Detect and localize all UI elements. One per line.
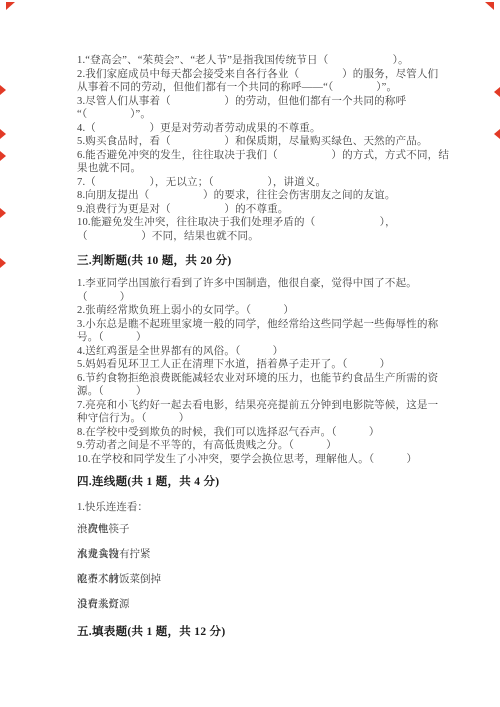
judge-line: 7.亮亮和小飞约好一起去看电影，结果亮亮提前五分钟到电影院等候，这是一 bbox=[77, 399, 445, 413]
judge-line: 6.节约食物拒绝浪费既能减轻农业对环境的压力，也能节约食品生产所需的资 bbox=[77, 372, 445, 386]
fill-line: 从事着不同的劳动，但他们都有一个共同的称呼——“（ ）”。 bbox=[77, 81, 445, 95]
judge-line: 5.妈妈看见环卫工人正在清理下水道，捂着鼻子走开了。（ ） bbox=[77, 358, 445, 372]
red-registration-mark bbox=[0, 85, 6, 95]
fill-line: 7.（ ），无以立；（ ），讲道义。 bbox=[77, 176, 445, 190]
section-header-table: 五.填表题(共 1 题，共 12 分) bbox=[77, 623, 225, 639]
fill-line: （ ）不同，结果也就不同。 bbox=[77, 230, 445, 244]
fill-line: 10.能避免发生冲突，往往取决于我们处理矛盾的（ ）， bbox=[77, 216, 445, 230]
judge-line: 号。（ ） bbox=[77, 331, 445, 345]
section-header-judge: 三.判断题(共 10 题，共 20 分) bbox=[77, 252, 232, 268]
fill-line: 5.购买食品时，看（ ）和保质期，尽量购买绿色、天然的产品。 bbox=[77, 135, 445, 149]
section-header-match: 四.连线题(共 1 题，共 4 分) bbox=[77, 473, 219, 489]
fill-line: 3.尽管人们从事着（ ）的劳动，但他们都有一个共同的称呼 bbox=[77, 95, 445, 109]
fill-line: 果也就不同。 bbox=[77, 162, 445, 176]
match-pair-row: 吃不了的饭菜倒掉 浪费木材 bbox=[77, 573, 460, 587]
match-pair-row: 一次性筷子 浪费电 bbox=[77, 523, 460, 537]
match-pair-row: 水龙头没有拧紧 浪费食物 bbox=[77, 548, 460, 562]
fill-line: 6.能否避免冲突的发生，往往取决于我们（ ）的方式，方式不同，结 bbox=[77, 149, 445, 163]
fill-line: 8.向朋友提出（ ）的要求，往往会伤害朋友之间的友谊。 bbox=[77, 189, 445, 203]
judge-line: 种守信行为。（ ） bbox=[77, 412, 445, 426]
judge-line: 2.张萌经常欺负班上弱小的女同学。（ ） bbox=[77, 304, 445, 318]
page: 1.“登高会”、“茱萸会”、“老人节”是指我国传统节日（ ）。 2.我们家庭成员… bbox=[0, 0, 500, 707]
red-registration-mark bbox=[0, 151, 6, 161]
judge-section: 1.李亚同学出国旅行看到了许多中国制造，他很自豪，觉得中国了不起。 （ ） 2.… bbox=[77, 277, 445, 466]
match-intro: 1.快乐连连看： bbox=[77, 501, 148, 514]
red-registration-mark bbox=[0, 258, 6, 268]
match-right-item: 浪费食物 bbox=[77, 548, 119, 561]
judge-line: 源。（ ） bbox=[77, 385, 445, 399]
fill-line: 9.浪费行为更是对（ ）的不尊重。 bbox=[77, 203, 445, 217]
fill-line: 1.“登高会”、“茱萸会”、“老人节”是指我国传统节日（ ）。 bbox=[77, 54, 445, 68]
red-registration-mark bbox=[6, 2, 15, 10]
match-right-item: 浪费水资源 bbox=[77, 598, 130, 611]
red-registration-mark bbox=[485, 2, 494, 10]
red-registration-mark bbox=[494, 129, 500, 139]
judge-line: （ ） bbox=[77, 291, 445, 305]
judge-line: 4.送红鸡蛋是全世界都有的风俗。（ ） bbox=[77, 345, 445, 359]
fill-line: 2.我们家庭成员中每天都会接受来自各行各业（ ）的服务，尽管人们 bbox=[77, 68, 445, 82]
match-right-item: 浪费木材 bbox=[77, 573, 119, 586]
fill-in-blank-section: 1.“登高会”、“茱萸会”、“老人节”是指我国传统节日（ ）。 2.我们家庭成员… bbox=[77, 54, 445, 243]
judge-line: 8.在学校中受到欺负的时候，我们可以选择忍气吞声。（ ） bbox=[77, 426, 445, 440]
fill-line: 4.（ ）更是对劳动者劳动成果的不尊重。 bbox=[77, 122, 445, 136]
judge-line: 3.小东总是瞧不起班里家境一般的同学，他经常给这些同学起一些侮辱性的称 bbox=[77, 318, 445, 332]
red-registration-mark bbox=[0, 208, 6, 218]
fill-line: “（ ）”。 bbox=[77, 108, 445, 122]
judge-line: 1.李亚同学出国旅行看到了许多中国制造，他很自豪，觉得中国了不起。 bbox=[77, 277, 445, 291]
match-right-item: 浪费电 bbox=[77, 523, 109, 536]
red-registration-mark bbox=[494, 87, 500, 97]
judge-line: 10.在学校和同学发生了小冲突，要学会换位思考，理解他人。（ ） bbox=[77, 453, 445, 467]
judge-line: 9.劳动者之间是不平等的，有高低贵贱之分。（ ） bbox=[77, 439, 445, 453]
match-pair-row: 没有关灯 浪费水资源 bbox=[77, 598, 460, 612]
red-registration-mark bbox=[0, 129, 6, 139]
